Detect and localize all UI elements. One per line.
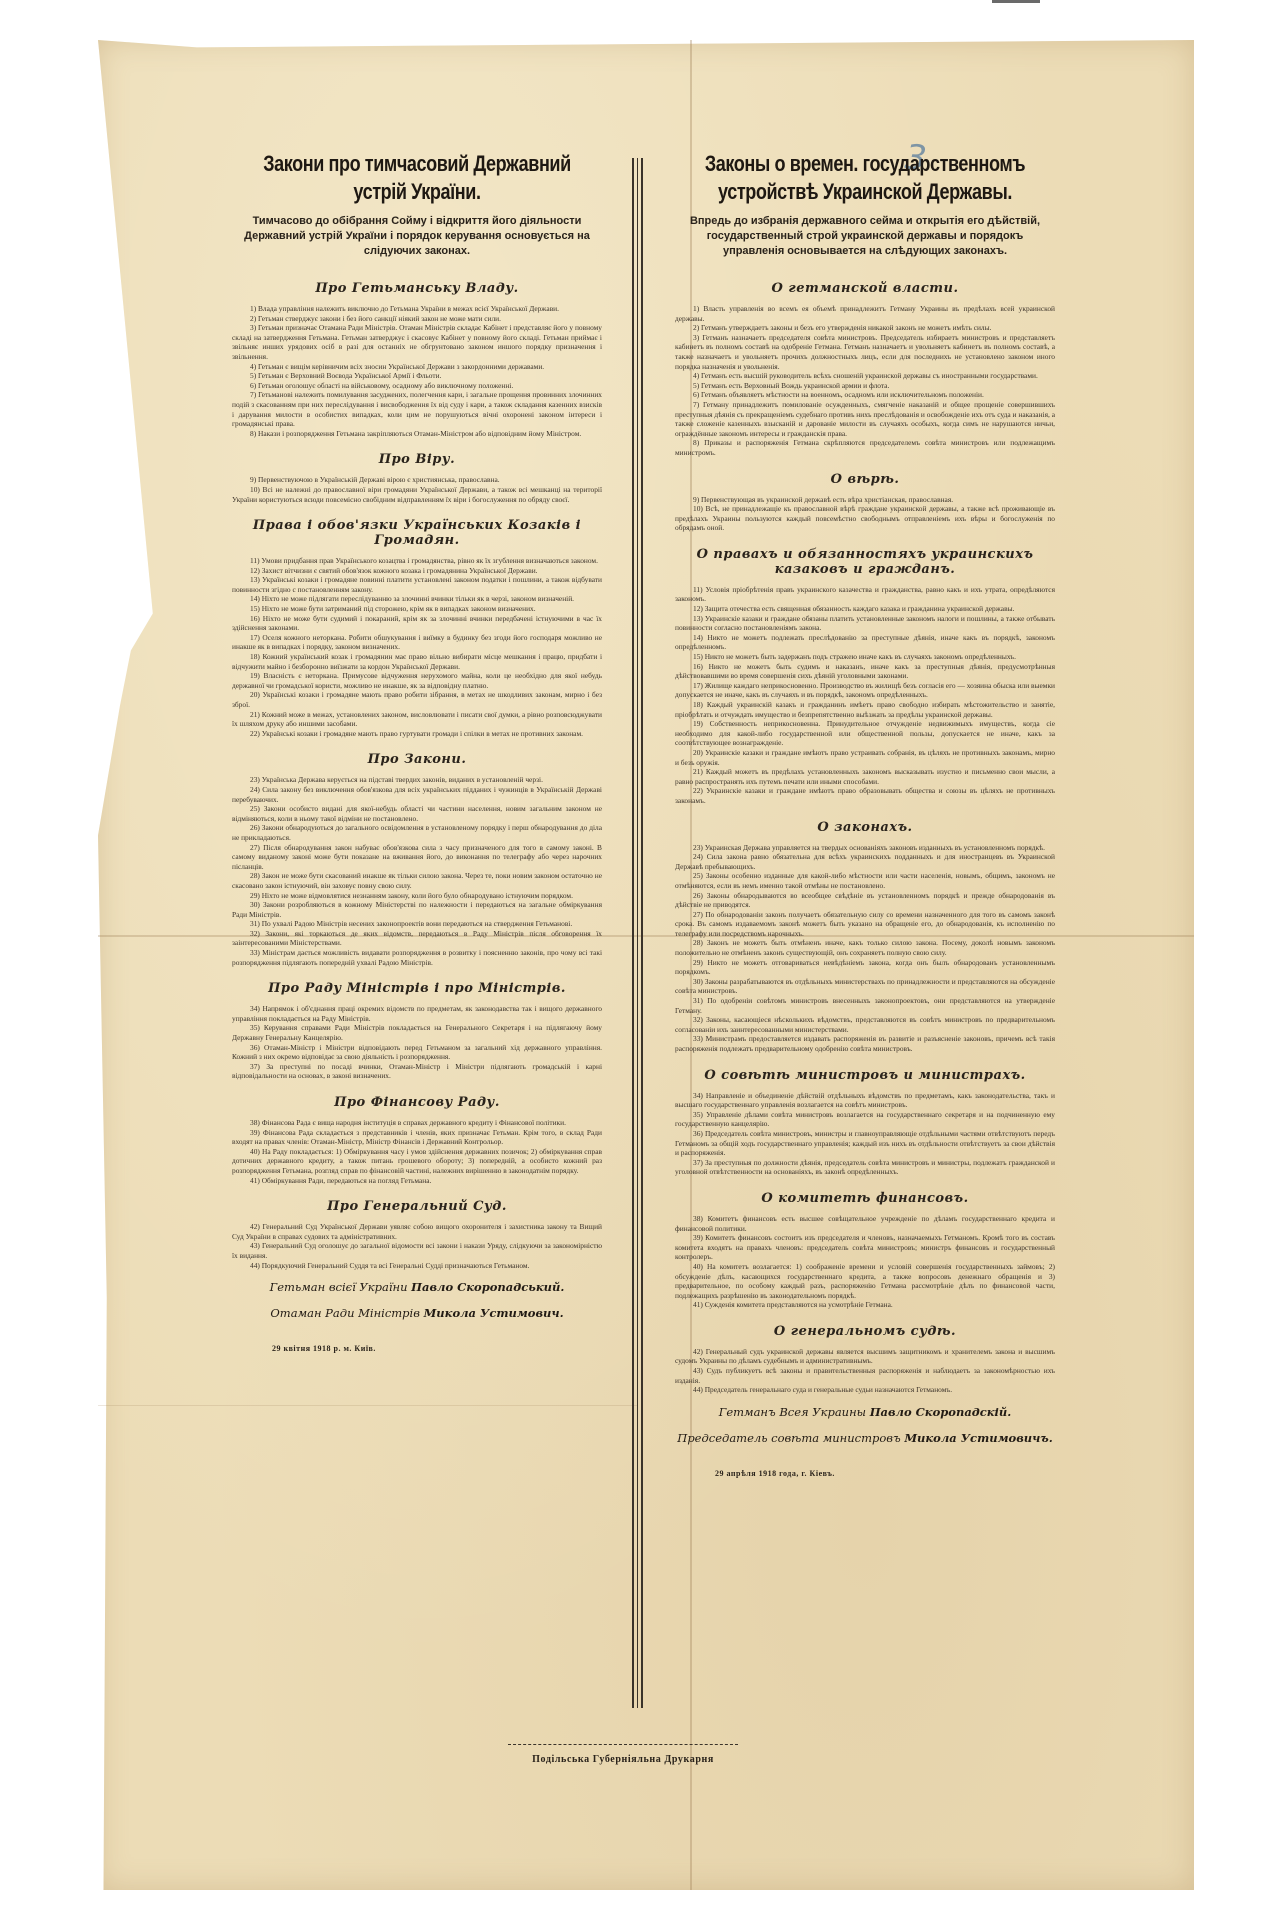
ukrainian-signatures: Гетьман всієї України Павло Скоропадськи… — [232, 1280, 602, 1320]
article-paragraph: 35) Управленіе дѣлами совѣта министровъ … — [675, 1110, 1055, 1129]
printer-name: Подільська Губерніяльна Друкарня — [532, 1754, 714, 1765]
article-paragraph: 17) Оселя кожного неторкана. Робити обшу… — [232, 633, 602, 652]
ukrainian-title: Закони про тимчасовий Державний устрій У… — [241, 150, 594, 206]
article-paragraph: 8) Приказы и распоряженія Гетмана скрѣпл… — [675, 438, 1055, 457]
article-paragraph: 21) Кожний може в межах, установлених за… — [232, 710, 602, 729]
section-heading: О гетманской власти. — [675, 281, 1055, 296]
section-heading: Про Віру. — [232, 452, 602, 467]
russian-preamble: Впредь до избранія державного сейма и от… — [675, 214, 1055, 259]
signatory-role: Гетьман всієї України — [270, 1280, 408, 1294]
section-heading: О генеральномъ судѣ. — [675, 1324, 1055, 1339]
article-paragraph: 1) Власть управленія во всемъ ея объемѣ … — [675, 304, 1055, 323]
signatory-name: Павло Скоропадський. — [411, 1280, 564, 1294]
signature-line: Гетманъ Всея Украины Павло Скоропадскій. — [675, 1405, 1055, 1419]
article-paragraph: 16) Никто не можетъ быть судимъ и наказа… — [675, 662, 1055, 681]
article-paragraph: 44) Порядкуючий Генеральний Суддя та всі… — [232, 1261, 602, 1271]
article-paragraph: 5) Гетманъ есть Верховный Вождь украинск… — [675, 381, 1055, 391]
article-paragraph: 41) Обміркування Ради, передаються на по… — [232, 1176, 602, 1186]
signatory-role: Гетманъ Всея Украины — [719, 1405, 866, 1419]
article-paragraph: 42) Генеральный судъ украинской державы … — [675, 1347, 1055, 1366]
section-heading: О комитетѣ финансовъ. — [675, 1191, 1055, 1206]
article-paragraph: 28) Законъ не можетъ быть отмѣненъ иначе… — [675, 938, 1055, 957]
section-heading: Про Фінансову Раду. — [232, 1095, 602, 1110]
article-paragraph: 8) Накази і розпорядження Гетьмана закрі… — [232, 429, 602, 439]
article-paragraph: 14) Никто не можетъ подлежать преслѣдова… — [675, 633, 1055, 652]
article-paragraph: 20) Украинскіе казаки и граждане имѣютъ … — [675, 748, 1055, 767]
horizontal-fold-crease-lower — [98, 1405, 638, 1406]
article-paragraph: 24) Сила закону без виключення обов'язко… — [232, 785, 602, 804]
article-paragraph: 22) Українські козаки і громадяне мають … — [232, 729, 602, 739]
article-paragraph: 43) Генеральний Суд оголошує до загально… — [232, 1241, 602, 1260]
article-paragraph: 14) Ніхто не може підлягати переслідуван… — [232, 594, 602, 604]
russian-sections: О гетманской власти.1) Власть управленія… — [675, 281, 1055, 1395]
russian-column: Законы о времен. государственномъ устрой… — [675, 150, 1055, 1478]
article-paragraph: 42) Генеральний Суд Української Держави … — [232, 1222, 602, 1241]
article-paragraph: 9) Первенствуючою в Українській Державі … — [232, 475, 602, 485]
article-paragraph: 3) Гетманъ назначаетъ председателя совѣт… — [675, 333, 1055, 371]
section-heading: Права і обов'язки Українських Козаків і … — [232, 518, 602, 548]
article-paragraph: 29) Никто не можетъ отговариваться невѣд… — [675, 958, 1055, 977]
article-paragraph: 25) Законы особенно изданные для какой-л… — [675, 871, 1055, 890]
article-paragraph: 16) Ніхто не може бути судимий і покаран… — [232, 614, 602, 633]
article-paragraph: 27) По обнародованіи законъ получаетъ об… — [675, 910, 1055, 939]
article-paragraph: 1) Влада управління належить виключно до… — [232, 304, 602, 314]
article-paragraph: 3) Гетьман призначає Отамана Ради Мініст… — [232, 323, 602, 361]
signatory-name: Микола Устимовичъ. — [904, 1431, 1052, 1445]
section-heading: О вѣрѣ. — [675, 472, 1055, 487]
section-heading: О совѣтѣ министровъ и министрахъ. — [675, 1068, 1055, 1083]
article-paragraph: 19) Власність є неторкана. Примусове від… — [232, 671, 602, 690]
signature-line: Отаман Ради Міністрів Микола Устимович. — [232, 1306, 602, 1320]
article-paragraph: 31) По ухвалі Радою Міністрів несених за… — [232, 919, 602, 929]
article-paragraph: 40) На Раду покладається: 1) Обміркуванн… — [232, 1147, 602, 1176]
ukrainian-column: Закони про тимчасовий Державний устрій У… — [232, 150, 602, 1353]
article-paragraph: 7) Гетьманові належить помилування засуд… — [232, 390, 602, 428]
article-paragraph: 2) Гетьман стверджує закони і без його с… — [232, 314, 602, 324]
russian-date: 29 апрѣля 1918 года, г. Кіевъ. — [715, 1469, 1055, 1478]
article-paragraph: 26) Законы обнародываются во всеобщее св… — [675, 891, 1055, 910]
column-divider — [632, 158, 644, 1708]
article-paragraph: 7) Гетману принадлежитъ помилованіе осуж… — [675, 400, 1055, 438]
article-paragraph: 11) Умови придбання прав Українського ко… — [232, 556, 602, 566]
article-paragraph: 6) Гетьман оголошує області на військово… — [232, 381, 602, 391]
article-paragraph: 13) Українські козаки і громадяне повинн… — [232, 575, 602, 594]
article-paragraph: 30) Закони розробляються в кожному Мініс… — [232, 900, 602, 919]
article-paragraph: 38) Фінансова Рада є вища народня інстит… — [232, 1118, 602, 1128]
article-paragraph: 39) Комитетъ финансовъ состоитъ изъ пред… — [675, 1233, 1055, 1262]
article-paragraph: 39) Фінансова Рада складається з предста… — [232, 1128, 602, 1147]
signature-line: Гетьман всієї України Павло Скоропадськи… — [232, 1280, 602, 1294]
article-paragraph: 41) Сужденія комитета представляются на … — [675, 1300, 1055, 1310]
russian-signatures: Гетманъ Всея Украины Павло Скоропадскій.… — [675, 1405, 1055, 1445]
article-paragraph: 9) Первенствующая въ украинской державѣ … — [675, 495, 1055, 505]
signature-line: Председатель совѣта министровъ Микола Ус… — [675, 1431, 1055, 1445]
article-paragraph: 20) Українські козаки і громадяне мають … — [232, 690, 602, 709]
article-paragraph: 37) За преступні по посаді вчинки, Отама… — [232, 1062, 602, 1081]
section-heading: Про Раду Міністрів і про Міністрів. — [232, 981, 602, 996]
article-paragraph: 26) Закони обнародуються до загального о… — [232, 823, 602, 842]
article-paragraph: 34) Напрямок і об'єднання праці окремих … — [232, 1004, 602, 1023]
article-paragraph: 44) Председатель генеральнаго суда и ген… — [675, 1385, 1055, 1395]
ukrainian-preamble: Тимчасово до обібрання Сойму і відкриття… — [232, 214, 602, 259]
article-paragraph: 36) Председатель совѣта министровъ, мини… — [675, 1129, 1055, 1158]
signatory-role: Отаман Ради Міністрів — [270, 1306, 420, 1320]
article-paragraph: 2) Гетманъ утверждаетъ законы и безъ его… — [675, 323, 1055, 333]
signatory-role: Председатель совѣта министровъ — [677, 1431, 900, 1445]
article-paragraph: 5) Гетьман є Верховний Воєвода Українськ… — [232, 371, 602, 381]
article-paragraph: 32) Законы, касающіеся нѣсколькихъ вѣдом… — [675, 1015, 1055, 1034]
signatory-name: Павло Скоропадскій. — [870, 1405, 1012, 1419]
article-paragraph: 22) Украинскіе казаки и граждане имѣютъ … — [675, 786, 1055, 805]
article-paragraph: 40) На комитетъ возлагается: 1) соображе… — [675, 1262, 1055, 1300]
article-paragraph: 10) Всі не належні до православної віри … — [232, 485, 602, 504]
article-paragraph: 28) Закон не може бути скасований инакше… — [232, 871, 602, 890]
article-paragraph: 29) Ніхто не може відмовлятися незнанням… — [232, 891, 602, 901]
corner-scan-mark — [992, 0, 1040, 3]
article-paragraph: 21) Каждый можетъ въ предѣлахъ установле… — [675, 767, 1055, 786]
section-heading: О законахъ. — [675, 820, 1055, 835]
article-paragraph: 38) Комитетъ финансовъ есть высшее совѣщ… — [675, 1214, 1055, 1233]
signatory-name: Микола Устимович. — [424, 1306, 564, 1320]
article-paragraph: 13) Украинскіе казаки и граждане обязаны… — [675, 614, 1055, 633]
section-heading: О правахъ и обязанностяхъ украинскихъ ка… — [675, 547, 1055, 577]
article-paragraph: 34) Направленіе и объединеніе дѣйствій о… — [675, 1091, 1055, 1110]
ukrainian-date: 29 квітня 1918 р. м. Київ. — [272, 1344, 602, 1353]
article-paragraph: 18) Каждый украинскій казакъ и гражданин… — [675, 700, 1055, 719]
article-paragraph: 43) Судъ публикуетъ всѣ законы и правите… — [675, 1366, 1055, 1385]
article-paragraph: 37) За преступныя по должности дѣянія, п… — [675, 1158, 1055, 1177]
imprint-rule — [508, 1744, 738, 1745]
printer-imprint: Подільська Губерніяльна Друкарня — [508, 1744, 738, 1767]
article-paragraph: 12) Защита отечества есть священная обяз… — [675, 604, 1055, 614]
section-heading: Про Закони. — [232, 752, 602, 767]
russian-title: Законы о времен. государственномъ устрой… — [685, 150, 1046, 206]
article-paragraph: 33) Министрамъ предоставляется издавать … — [675, 1034, 1055, 1053]
article-paragraph: 6) Гетманъ объявляетъ мѣстности на военн… — [675, 390, 1055, 400]
article-paragraph: 17) Жилище каждаго неприкосновенно. Прои… — [675, 681, 1055, 700]
article-paragraph: 31) По одобреніи совѣтомъ министровъ вне… — [675, 996, 1055, 1015]
article-paragraph: 33) Міністрам дається можливість видават… — [232, 948, 602, 967]
ukrainian-sections: Про Гетьманську Владу.1) Влада управлінн… — [232, 281, 602, 1270]
article-paragraph: 30) Законы разрабатываются въ отдѣльныхъ… — [675, 977, 1055, 996]
article-paragraph: 4) Гетьман є вищім керівничим всіх зноси… — [232, 362, 602, 372]
article-paragraph: 35) Керування справами Ради Міністрів по… — [232, 1023, 602, 1042]
section-heading: Про Генеральний Суд. — [232, 1199, 602, 1214]
article-paragraph: 15) Никто не можетъ быть задержанъ подъ … — [675, 652, 1055, 662]
article-paragraph: 15) Ніхто не може бути затриманий під ст… — [232, 604, 602, 614]
article-paragraph: 25) Закони особисто видані для якої-небу… — [232, 804, 602, 823]
article-paragraph: 23) Украинская Держава управляется на тв… — [675, 843, 1055, 853]
article-paragraph: 10) Всѣ, не принадлежащіе къ православно… — [675, 504, 1055, 533]
section-heading: Про Гетьманську Владу. — [232, 281, 602, 296]
article-paragraph: 24) Сила закона равно обязательна для вс… — [675, 852, 1055, 871]
article-paragraph: 19) Собственность неприкосновенна. Прину… — [675, 719, 1055, 748]
article-paragraph: 27) Після обнародування закон набуває об… — [232, 843, 602, 872]
article-paragraph: 11) Условія пріобрѣтенія правъ украинско… — [675, 585, 1055, 604]
article-paragraph: 23) Українська Держава керується на підс… — [232, 775, 602, 785]
article-paragraph: 18) Кожний український козак і громадяни… — [232, 652, 602, 671]
article-paragraph: 12) Захист вітчизни є святий обов'язок к… — [232, 566, 602, 576]
article-paragraph: 4) Гетманъ есть высшій руководитель всѣх… — [675, 371, 1055, 381]
article-paragraph: 32) Закони, які торкаються де яких відом… — [232, 929, 602, 948]
article-paragraph: 36) Отаман-Міністр і Міністри відповідаю… — [232, 1043, 602, 1062]
